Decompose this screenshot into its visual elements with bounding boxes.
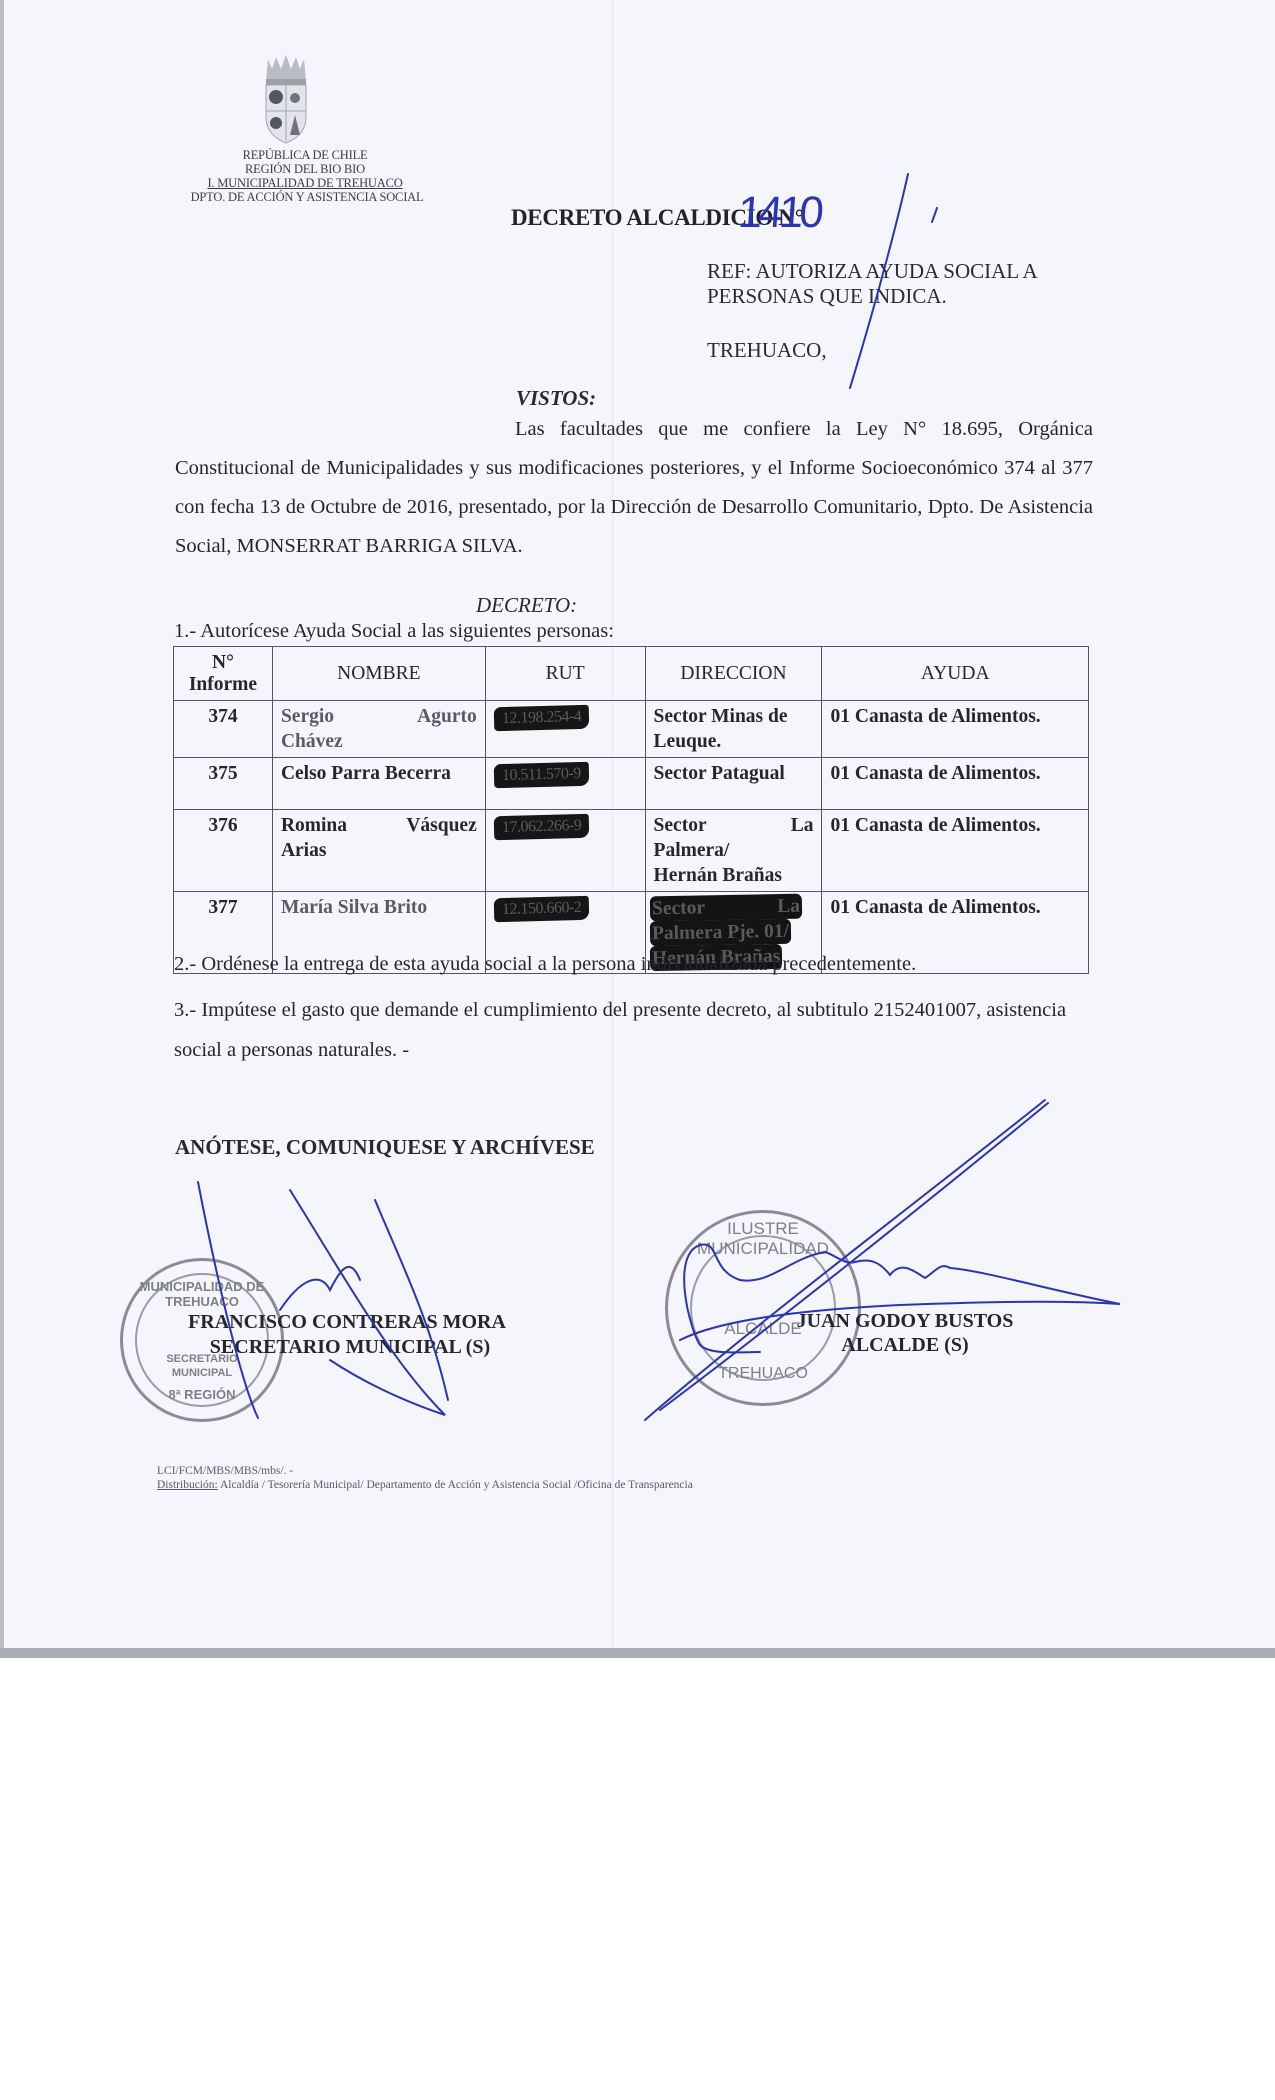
cell-informe: 375	[174, 758, 273, 810]
cell-nombre: Celso Parra Becerra	[272, 758, 485, 810]
letterhead-department: DPTO. DE ACCIÓN Y ASISTENCIA SOCIAL	[172, 190, 442, 204]
header-ayuda: AYUDA	[822, 647, 1089, 701]
decree-item-3: 3.- Impútese el gasto que demande el cum…	[174, 990, 1092, 1070]
cell-ayuda: 01 Canasta de Alimentos.	[822, 758, 1089, 810]
table-header-row: N°Informe NOMBRE RUT DIRECCION AYUDA	[174, 647, 1089, 701]
mayor-role: ALCALDE (S)	[770, 1334, 1040, 1357]
header-direccion: DIRECCION	[645, 647, 822, 701]
vistos-heading: VISTOS:	[516, 386, 596, 411]
cell-informe: 374	[174, 701, 273, 758]
stamp-text-top: ILUSTRE MUNICIPALIDAD	[668, 1219, 858, 1259]
letterhead-region: REGIÓN DEL BIO BIO	[180, 162, 430, 176]
cell-ayuda: 01 Canasta de Alimentos.	[822, 701, 1089, 758]
reference-line-2: PERSONAS QUE INDICA.	[707, 284, 947, 309]
stamp-text-mid2: MUNICIPAL	[123, 1367, 281, 1379]
stamp-text-bottom: TREHUACO	[668, 1365, 858, 1383]
cell-rut-redacted: 10.511.570-9	[485, 758, 645, 810]
letterhead-country: REPÚBLICA DE CHILE	[180, 148, 430, 162]
table-row: 376 RominaVásquezArias 17.062.266-9 Sect…	[174, 810, 1089, 892]
cell-rut-redacted: 17.062.266-9	[485, 810, 645, 892]
decreto-heading: DECRETO:	[476, 593, 577, 618]
mayor-name: JUAN GODOY BUSTOS	[770, 1310, 1040, 1333]
stamp-text-top: MUNICIPALIDAD DE TREHUACO	[123, 1279, 281, 1309]
cell-direccion: Sector Patagual	[645, 758, 822, 810]
cell-nombre: SergioAgurtoChávez	[272, 701, 485, 758]
mayor-seal-stamp: ILUSTRE MUNICIPALIDAD ALCALDE TREHUACO	[665, 1210, 861, 1406]
cell-informe: 376	[174, 810, 273, 892]
secretary-role: SECRETARIO MUNICIPAL (S)	[190, 1336, 510, 1359]
header-informe: N°Informe	[174, 647, 273, 701]
cell-direccion: SectorLaPalmera/Hernán Brañas	[645, 810, 822, 892]
closing-formula: ANÓTESE, COMUNIQUESE Y ARCHÍVESE	[175, 1135, 595, 1160]
letterhead-municipality: I. MUNICIPALIDAD DE TREHUACO	[180, 176, 430, 190]
footer-distribution: Distribución: Alcaldía / Tesorería Munic…	[157, 1479, 693, 1491]
vistos-paragraph: Las facultades que me confiere la Ley N°…	[175, 410, 1093, 566]
table-row: 374 SergioAgurtoChávez 12.198.254-4 Sect…	[174, 701, 1089, 758]
scan-bottom-edge	[0, 1648, 1275, 1658]
decree-item-2: 2.- Ordénese la entrega de esta ayuda so…	[174, 953, 916, 976]
cell-rut-redacted: 12.198.254-4	[485, 701, 645, 758]
scan-left-edge	[0, 0, 4, 1648]
header-nombre: NOMBRE	[272, 647, 485, 701]
footer-initials: LCI/FCM/MBS/MBS/mbs/. -	[157, 1465, 293, 1477]
vistos-text: Las facultades que me confiere la Ley N°…	[175, 418, 1093, 557]
coat-of-arms-icon	[262, 55, 310, 147]
city-date: TREHUACO,	[707, 338, 827, 363]
distribution-label: Distribución:	[157, 1479, 218, 1491]
header-rut: RUT	[485, 647, 645, 701]
beneficiaries-table: N°Informe NOMBRE RUT DIRECCION AYUDA 374…	[173, 646, 1089, 974]
stamp-text-bottom: 8ª REGIÓN	[123, 1387, 281, 1402]
table-row: 375 Celso Parra Becerra 10.511.570-9 Sec…	[174, 758, 1089, 810]
decree-number-handwritten: 1410	[736, 188, 821, 238]
cell-direccion: Sector Minas de Leuque.	[645, 701, 822, 758]
reference-line-1: REF: AUTORIZA AYUDA SOCIAL A	[707, 259, 1038, 284]
cell-nombre: RominaVásquezArias	[272, 810, 485, 892]
cell-ayuda: 01 Canasta de Alimentos.	[822, 810, 1089, 892]
secretary-name: FRANCISCO CONTRERAS MORA	[172, 1311, 522, 1334]
distribution-list: Alcaldía / Tesorería Municipal/ Departam…	[218, 1479, 693, 1491]
decree-item-1: 1.- Autorícese Ayuda Social a las siguie…	[174, 620, 614, 643]
